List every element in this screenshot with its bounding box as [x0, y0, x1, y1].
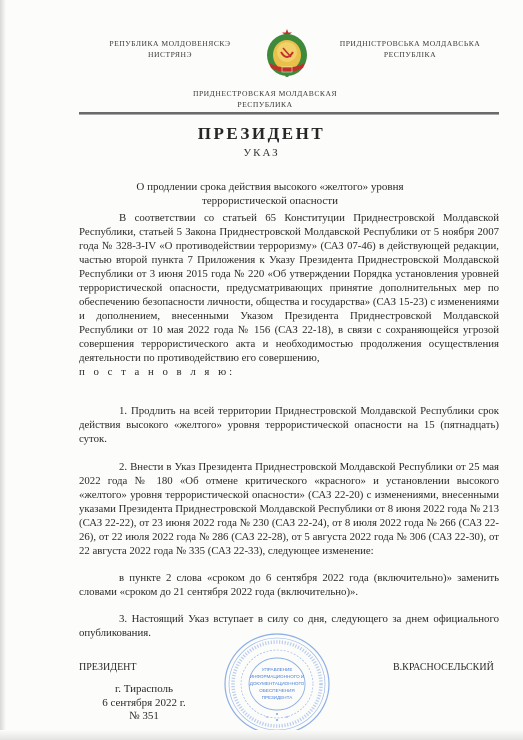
signature-city: г. Тирасполь	[98, 683, 190, 697]
signature-number: № 351	[98, 710, 190, 724]
header-left-line1: РЕПУБЛИКА МОЛДОВЕНЯСКЭ	[95, 38, 245, 49]
item-text: в пункте 2 слова «сроком до 6 сентября 2…	[79, 571, 499, 599]
official-seal-icon: УПРАВЛЕНИЕ ИНФОРМАЦИОННОГО И ДОКУМЕНТАЦИ…	[222, 632, 332, 737]
decree-preamble: В соответствии со статьей 65 Конституции…	[79, 211, 499, 379]
seal-line-4: ОБЕСПЕЧЕНИЯ	[259, 688, 294, 693]
document-type: УКАЗ	[0, 147, 523, 159]
signature-name: В.КРАСНОСЕЛЬСКИЙ	[393, 662, 494, 673]
document-title: ПРЕЗИДЕНТ	[0, 124, 523, 144]
header-center-line2: РЕСПУБЛИКА	[170, 99, 360, 110]
header-moldovan: РЕПУБЛИКА МОЛДОВЕНЯСКЭ НИСТРЯНЭ	[95, 38, 245, 60]
scan-edge-shadow	[0, 0, 6, 740]
signature-title: ПРЕЗИДЕНТ	[79, 662, 137, 673]
header-ukrainian: ПРИДНІСТРОВСЬКА МОЛДАВСЬКА РЕСПУБЛІКА	[325, 38, 495, 60]
seal-line-5: ПРЕЗИДЕНТА	[262, 695, 294, 700]
scan-bottom-shadow	[0, 730, 523, 740]
document-page: РЕПУБЛИКА МОЛДОВЕНЯСКЭ НИСТРЯНЭ ПРИДНІСТ…	[0, 0, 523, 740]
header-right-line2: РЕСПУБЛІКА	[325, 49, 495, 60]
header-russian: ПРИДНЕСТРОВСКАЯ МОЛДАВСКАЯ РЕСПУБЛИКА	[170, 88, 360, 110]
coat-of-arms-icon	[264, 28, 310, 78]
item-text: 1. Продлить на всей территории Приднестр…	[79, 404, 499, 446]
decree-item-2: 2. Внести в Указ Президента Приднестровс…	[79, 460, 499, 558]
seal-line-1: УПРАВЛЕНИЕ	[262, 667, 293, 672]
seal-line-3: ДОКУМЕНТАЦИОННОГО	[250, 681, 305, 686]
header-divider	[79, 112, 499, 115]
signature-place-date: г. Тирасполь 6 сентября 2022 г. № 351	[98, 683, 190, 724]
preamble-text: В соответствии со статьей 65 Конституции…	[79, 211, 499, 365]
decree-word: п о с т а н о в л я ю:	[79, 365, 499, 379]
item-text: 2. Внести в Указ Президента Приднестровс…	[79, 460, 499, 558]
decree-item-1: 1. Продлить на всей территории Приднестр…	[79, 404, 499, 446]
header-right-line1: ПРИДНІСТРОВСЬКА МОЛДАВСЬКА	[325, 38, 495, 49]
decree-item-2-change: в пункте 2 слова «сроком до 6 сентября 2…	[79, 571, 499, 599]
header-center-line1: ПРИДНЕСТРОВСКАЯ МОЛДАВСКАЯ	[170, 88, 360, 99]
decree-subject: О продлении срока действия высокого «жел…	[120, 180, 420, 208]
seal-line-2: ИНФОРМАЦИОННОГО И	[250, 674, 304, 679]
header-left-line2: НИСТРЯНЭ	[95, 49, 245, 60]
signature-date: 6 сентября 2022 г.	[98, 697, 190, 711]
